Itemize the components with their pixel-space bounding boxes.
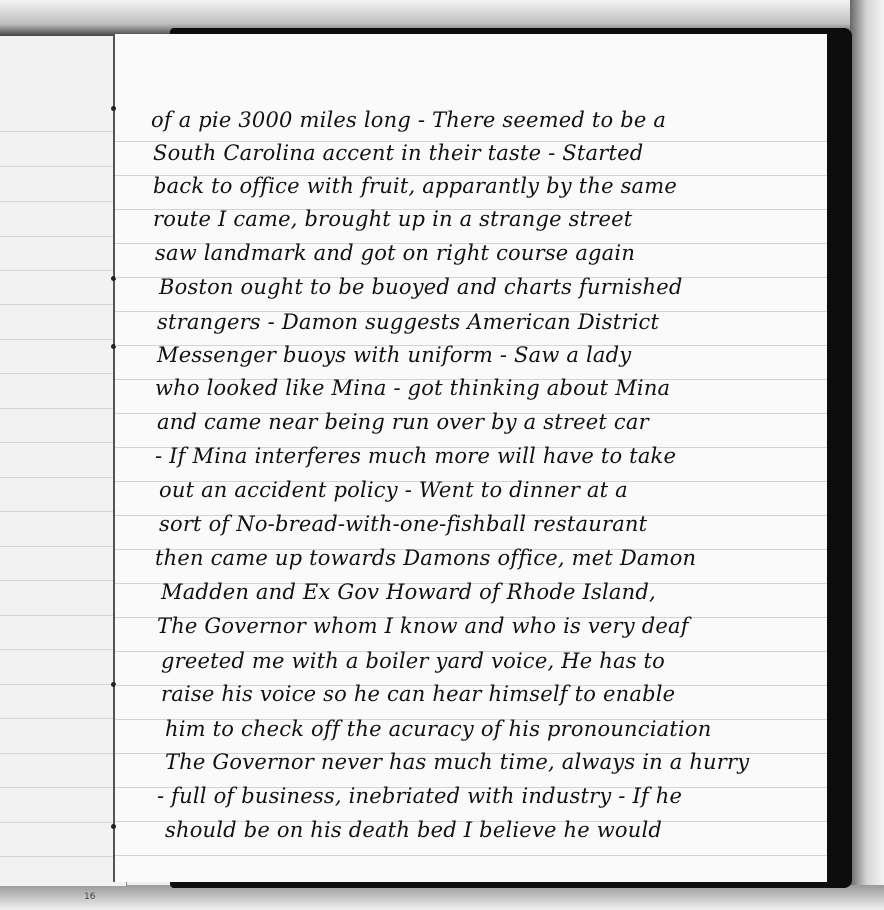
ruled-line [0, 373, 126, 374]
ruled-line [0, 339, 126, 340]
ruled-line [0, 718, 126, 719]
page-number: 16 [84, 892, 95, 902]
handwritten-line: should be on his death bed I believe he … [165, 818, 662, 842]
handwritten-line: The Governor never has much time, always… [165, 750, 749, 774]
handwritten-line: and came near being run over by a street… [157, 410, 649, 434]
ruled-line [115, 855, 827, 856]
handwritten-line: back to office with fruit, apparantly by… [153, 174, 677, 198]
handwritten-line: of a pie 3000 miles long - There seemed … [151, 108, 666, 132]
ruled-line [0, 822, 126, 823]
ruled-line [0, 511, 126, 512]
ruled-line [0, 166, 126, 167]
handwritten-line: South Carolina accent in their taste - S… [153, 141, 643, 165]
handwritten-line: strangers - Damon suggests American Dist… [157, 310, 659, 334]
ruled-line [0, 131, 126, 132]
ruled-line [0, 236, 126, 237]
handwritten-line: Boston ought to be buoyed and charts fur… [159, 275, 683, 299]
ruled-line [0, 580, 126, 581]
ruled-line [0, 753, 126, 754]
ruled-line [0, 615, 126, 616]
handwritten-line: who looked like Mina - got thinking abou… [155, 376, 670, 400]
ruled-line [0, 649, 126, 650]
ruled-line [0, 546, 126, 547]
handwritten-line: Messenger buoys with uniform - Saw a lad… [157, 343, 631, 367]
handwritten-line: route I came, brought up in a strange st… [153, 207, 632, 231]
ruled-line [0, 270, 126, 271]
handwritten-line: sort of No-bread-with-one-fishball resta… [159, 512, 647, 536]
ruled-line [0, 856, 126, 857]
ruled-line [0, 304, 126, 305]
handwritten-line: The Governor whom I know and who is very… [157, 614, 689, 638]
handwritten-line: out an accident policy - Went to dinner … [159, 478, 628, 502]
binding-stitch-icon [111, 106, 116, 111]
handwritten-line: him to check off the acuracy of his pron… [165, 717, 712, 741]
ruled-line [0, 201, 126, 202]
handwritten-line: saw landmark and got on right course aga… [155, 241, 635, 265]
handwritten-line: then came up towards Damons office, met … [155, 546, 696, 570]
handwritten-line: - If Mina interferes much more will have… [155, 444, 676, 468]
photo-background-bottom [0, 885, 884, 910]
ruled-line [0, 787, 126, 788]
left-page: 16 [0, 36, 127, 886]
ruled-line [0, 477, 126, 478]
right-page: of a pie 3000 miles long - There seemed … [113, 34, 827, 882]
handwritten-line: greeted me with a boiler yard voice, He … [161, 649, 665, 673]
handwritten-line: raise his voice so he can hear himself t… [161, 682, 675, 706]
handwritten-line: Madden and Ex Gov Howard of Rhode Island… [161, 580, 656, 604]
handwritten-line: - full of business, inebriated with indu… [157, 784, 682, 808]
binding-stitch-icon [111, 824, 116, 829]
photo-background-right [850, 0, 884, 910]
ruled-line [0, 408, 126, 409]
ruled-line [0, 684, 126, 685]
ruled-line [0, 442, 126, 443]
